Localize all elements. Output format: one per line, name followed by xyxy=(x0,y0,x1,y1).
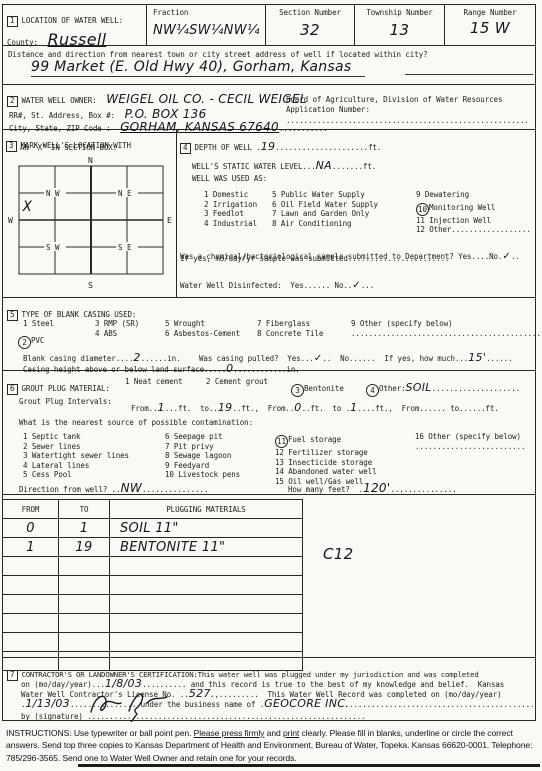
signature-scribble xyxy=(85,688,205,722)
instructions-print-underlined: print xyxy=(283,728,299,738)
interval-2-pre: From.. xyxy=(268,404,295,413)
cell-from xyxy=(3,633,59,652)
use-option-1: 1 Domestic xyxy=(204,190,257,200)
fraction-value: NW¼SW¼NW¼ xyxy=(153,23,259,38)
section-2-owner: 2WATER WELL OWNER: WEIGEL OIL CO. - CECI… xyxy=(3,85,535,130)
cell-to xyxy=(59,633,110,652)
instructions-paragraph: INSTRUCTIONS: Use typewriter or ball poi… xyxy=(6,727,537,764)
casing-option-3: 3 RMP (SR) xyxy=(95,319,139,328)
section-4-number: 4 xyxy=(180,143,191,154)
sections-3-4-row: 3MARK WELL'S LOCATION WITH AN "X" IN SEC… xyxy=(3,130,535,298)
cell-to xyxy=(59,595,110,614)
application-number-label: Application Number: xyxy=(286,105,370,114)
compass-north-label: N xyxy=(88,156,93,165)
static-level-label: WELL'S STATIC WATER LEVEL... xyxy=(192,162,316,171)
contamination-option-12: 12 Fertilizer storage xyxy=(275,448,377,458)
compass-south-label: S xyxy=(88,281,93,290)
contamination-option-16-dots: ......................... xyxy=(415,442,525,452)
use-option-9: 9 Dewatering xyxy=(416,190,531,200)
use-option-12: 12 Other.................. xyxy=(416,225,531,235)
casing-option-7: 7 Fiberglass xyxy=(257,319,310,328)
column-header-materials: PLUGGING MATERIALS xyxy=(110,500,303,519)
section-1-location: 1LOCATION OF WATER WELL: County: Russell… xyxy=(3,5,535,46)
use-options-col3: 9 Dewatering 10Monitoring Well 11 Inject… xyxy=(416,190,531,235)
casing-pulled-mid: .. No...... If yes, how much... xyxy=(323,354,469,363)
disinfected-end: ... xyxy=(361,281,374,290)
contamination-option-4: 4 Lateral lines xyxy=(23,461,129,471)
cell-material xyxy=(110,633,303,652)
direction-from-well-label: Direction from well? .. xyxy=(19,485,121,494)
depth-value: 19 xyxy=(261,140,276,153)
cell-material: BENTONITE 11" xyxy=(110,538,303,557)
application-number-dots: ........................................… xyxy=(286,116,529,125)
sample-date-line: If yes, mo/day/yr sample was submitted..… xyxy=(180,254,449,263)
use-option-10-circled-number: 10 xyxy=(416,203,429,216)
range-number-value: 15 W xyxy=(447,19,533,37)
contamination-option-3: 3 Watertight sewer lines xyxy=(23,451,129,461)
column-header-from: FROM xyxy=(3,500,59,519)
table-row xyxy=(3,614,303,633)
compass-west-label: W xyxy=(8,216,13,225)
section-number-cell: Section Number 32 xyxy=(266,5,355,45)
form-border: 1LOCATION OF WATER WELL: County: Russell… xyxy=(2,4,536,721)
use-option-8: 8 Air Conditioning xyxy=(272,219,378,229)
contamination-option-6: 6 Seepage pit xyxy=(165,432,240,442)
grout-option-2: 2 Cement grout xyxy=(206,377,268,386)
interval-2-mid: ..ft. to . xyxy=(302,404,351,413)
how-many-feet-label: How many feet? . xyxy=(288,485,363,494)
interval-1-from: 1 xyxy=(158,401,165,414)
cell-material xyxy=(110,557,303,576)
casing-option-2-label: PVC xyxy=(31,336,44,345)
contamination-option-11-circled-number: 11 xyxy=(275,435,288,448)
table-row: 1 19 BENTONITE 11" xyxy=(3,538,303,557)
contamination-question: What is the nearest source of possible c… xyxy=(19,418,253,427)
board-of-agriculture-label: Board of Agriculture, Division of Water … xyxy=(286,95,502,104)
interval-1-pre: From.. xyxy=(131,404,158,413)
use-option-6: 6 Oil Field Water Supply xyxy=(272,200,378,210)
contamination-option-14: 14 Abandoned water well xyxy=(275,467,377,477)
cell-material: SOIL 11" xyxy=(110,519,303,538)
cert-line4-post: ........................................… xyxy=(349,700,534,709)
instructions-press-firmly-underlined: Please press firmly xyxy=(194,728,265,738)
contamination-option-2: 2 Sewer lines xyxy=(23,442,129,452)
interval-2-post: ....ft., xyxy=(357,404,392,413)
quadrant-ne-label: N E xyxy=(118,189,132,198)
contamination-col1: 1 Septic tank 2 Sewer lines 3 Watertight… xyxy=(23,432,129,480)
distance-row: Distance and direction from nearest town… xyxy=(3,46,535,85)
use-option-5: 5 Public Water Supply xyxy=(272,190,378,200)
casing-pulled-dots: ...... xyxy=(486,354,513,363)
static-level-value: NA xyxy=(316,159,332,172)
plugging-materials-table: FROM TO PLUGGING MATERIALS 0 1 SOIL 11" … xyxy=(3,499,303,671)
use-options-col2: 5 Public Water Supply 6 Oil Field Water … xyxy=(272,190,378,228)
sample-no-check: ✓ xyxy=(502,251,511,262)
quadrant-sw-label: S W xyxy=(46,243,60,252)
cell-from xyxy=(3,576,59,595)
fraction-label: Fraction xyxy=(153,8,259,17)
interval-3: From...... to......ft. xyxy=(402,404,499,413)
use-option-4: 4 Industrial xyxy=(204,219,257,229)
township-number-cell: Township Number 13 xyxy=(355,5,445,45)
quadrant-se-label: S E xyxy=(118,243,132,252)
scanned-water-well-plugging-form: 1LOCATION OF WATER WELL: County: Russell… xyxy=(0,0,542,771)
section-5-number: 5 xyxy=(7,310,18,321)
grout-other-value: SOIL xyxy=(406,381,432,394)
section-1-title: LOCATION OF WATER WELL: xyxy=(22,16,124,25)
direction-from-well-dots: ............... xyxy=(142,485,208,494)
grout-other-dots: .................... xyxy=(432,384,520,393)
section-6-number: 6 xyxy=(7,384,18,395)
contamination-col4: 16 Other (specify below) ...............… xyxy=(415,432,525,451)
direction-from-well-value: NW xyxy=(121,481,142,495)
static-level-dots: .......ft. xyxy=(332,162,376,171)
disinfected-label: Water Well Disinfected: Yes...... No.. xyxy=(180,281,352,290)
section-6-title: GROUT PLUG MATERIAL: xyxy=(22,384,110,393)
grout-option-4-label: Other: xyxy=(379,384,406,393)
plugging-table-row: FROM TO PLUGGING MATERIALS 0 1 SOIL 11" … xyxy=(3,495,535,658)
contamination-col2: 6 Seepage pit 7 Pit privy 8 Sewage lagoo… xyxy=(165,432,240,480)
table-row xyxy=(3,595,303,614)
distance-value: 99 Market (E. Old Hwy 40), Gorham, Kansa… xyxy=(31,59,365,77)
cell-material xyxy=(110,595,303,614)
table-row xyxy=(3,557,303,576)
column-header-to: TO xyxy=(59,500,110,519)
section-7-number: 7 xyxy=(7,670,18,681)
grout-option-1: 1 Neat cement xyxy=(125,377,182,386)
cell-to: 19 xyxy=(59,538,110,557)
table-header-row: FROM TO PLUGGING MATERIALS xyxy=(3,500,303,519)
use-options-col1: 1 Domestic 2 Irrigation 3 Feedlot 4 Indu… xyxy=(204,190,257,228)
range-number-cell: Range Number 15 W xyxy=(445,5,535,45)
section-7-certification: 7CONTRACTOR'S OR LANDOWNER'S CERTIFICATI… xyxy=(3,658,535,719)
use-option-11: 11 Injection Well xyxy=(416,216,531,226)
cell-from: 0 xyxy=(3,519,59,538)
range-number-label: Range Number xyxy=(447,8,533,17)
section-5-casing: 5TYPE OF BLANK CASING USED: 1 Steel 3 RM… xyxy=(3,298,535,371)
use-option-10-label: Monitoring Well xyxy=(429,203,495,212)
depth-dots: .....................ft. xyxy=(275,143,381,152)
section-1-number: 1 xyxy=(7,16,18,27)
contamination-option-7: 7 Pit privy xyxy=(165,442,240,452)
distance-label: Distance and direction from nearest town… xyxy=(8,50,427,59)
contamination-option-9: 9 Feedyard xyxy=(165,461,240,471)
casing-option-4: 4 ABS xyxy=(95,329,117,338)
grout-intervals-label: Grout Plug Intervals: xyxy=(19,397,112,406)
township-number-value: 13 xyxy=(357,21,442,39)
casing-option-5: 5 Wrought xyxy=(165,319,205,328)
sample-question-end: .. xyxy=(511,252,520,261)
use-option-3: 3 Feedlot xyxy=(204,209,257,219)
fraction-cell: Fraction NW¼SW¼NW¼ xyxy=(147,5,266,45)
how-many-feet-dots: ............... xyxy=(390,485,456,494)
section-3-title-line2: AN "X" IN SECTION BOX: xyxy=(20,143,117,152)
section-3-location-box: 3MARK WELL'S LOCATION WITH AN "X" IN SEC… xyxy=(3,130,177,298)
interval-1-mid: ...ft. to.. xyxy=(165,404,218,413)
casing-option-8: 8 Concrete Tile xyxy=(257,329,323,338)
casing-option-9: 9 Other (specify below) xyxy=(351,319,453,328)
casing-option-9-dots: ........................................… xyxy=(351,329,542,338)
cell-from xyxy=(3,557,59,576)
cell-to xyxy=(59,614,110,633)
section-3-number: 3 xyxy=(6,141,17,152)
depth-label: DEPTH OF WELL . xyxy=(195,143,261,152)
township-number-label: Township Number xyxy=(357,8,442,17)
table-row: 0 1 SOIL 11" xyxy=(3,519,303,538)
distance-rule xyxy=(405,74,533,75)
use-option-7: 7 Lawn and Garden Only xyxy=(272,209,378,219)
compass-east-label: E xyxy=(167,216,172,225)
quadrant-nw-label: N W xyxy=(46,189,60,198)
cell-from xyxy=(3,595,59,614)
how-many-feet-value: 120' xyxy=(363,481,390,495)
contamination-option-13: 13 Insecticide storage xyxy=(275,458,377,468)
section-6-grout: 6GROUT PLUG MATERIAL: 1 Neat cement 2 Ce… xyxy=(3,371,535,495)
well-location-x-mark: X xyxy=(22,199,33,215)
cell-to: 1 xyxy=(59,519,110,538)
section-number-value: 32 xyxy=(268,21,352,39)
contamination-option-8: 8 Sewage lagoon xyxy=(165,451,240,461)
interval-2-from: 0 xyxy=(294,401,301,414)
cell-to xyxy=(59,576,110,595)
contamination-option-11-label: Fuel storage xyxy=(288,435,341,444)
cell-to xyxy=(59,557,110,576)
table-row xyxy=(3,576,303,595)
disinfected-no-check: ✓ xyxy=(352,280,361,291)
cell-material xyxy=(110,614,303,633)
grout-option-3-label: Bentonite xyxy=(304,384,344,393)
margin-annotation-c12: C12 xyxy=(323,545,353,563)
section-number-label: Section Number xyxy=(268,8,352,17)
section-5-title: TYPE OF BLANK CASING USED: xyxy=(22,310,137,319)
well-used-as-label: WELL WAS USED AS: xyxy=(192,174,267,183)
table-row xyxy=(3,633,303,652)
cell-from xyxy=(3,614,59,633)
county-cell: 1LOCATION OF WATER WELL: County: Russell xyxy=(3,5,147,45)
casing-option-6: 6 Asbestos-Cement xyxy=(165,329,240,338)
casing-option-1: 1 Steel xyxy=(23,319,54,328)
casing-pulled-yes-check: ✓ xyxy=(314,353,323,364)
section-4-well-box: 4DEPTH OF WELL .19.....................f… xyxy=(176,130,533,298)
cell-material xyxy=(110,576,303,595)
instructions-seg3: and xyxy=(264,728,283,738)
interval-1-post: ..ft., xyxy=(232,404,259,413)
instructions-seg1: INSTRUCTIONS: Use typewriter or ball poi… xyxy=(6,728,194,738)
cell-from: 1 xyxy=(3,538,59,557)
contamination-option-16: 16 Other (specify below) xyxy=(415,432,525,442)
section-location-grid: N S W E N W N E S W S E X xyxy=(5,154,175,294)
casing-pulled-amount: 15' xyxy=(468,351,486,364)
bottom-scan-rule xyxy=(78,764,540,767)
contamination-option-1: 1 Septic tank xyxy=(23,432,129,442)
use-option-2: 2 Irrigation xyxy=(204,200,257,210)
interval-1-to: 19 xyxy=(218,401,233,414)
